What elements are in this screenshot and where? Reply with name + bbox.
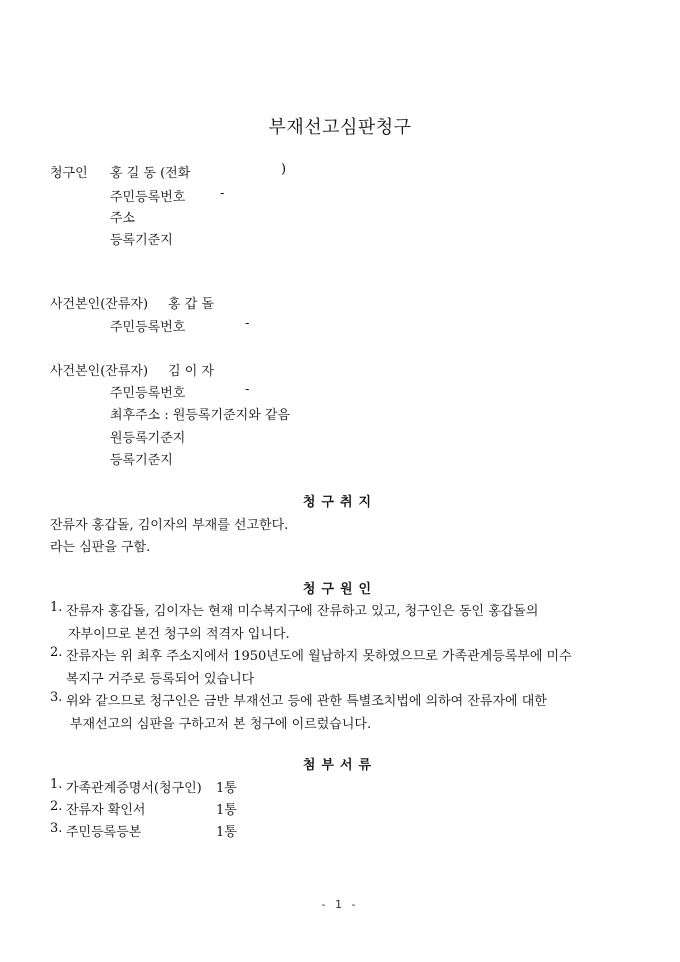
- claimant-phone-close: ): [281, 162, 286, 177]
- claimant-rrn-value: -: [220, 186, 224, 201]
- attachment-1-count: 1통: [216, 777, 237, 796]
- subject-2-rrn-value: -: [245, 382, 249, 397]
- attachment-1-name: 가족관계증명서(청구인): [66, 777, 202, 796]
- attachment-2-number: 2.: [50, 799, 62, 814]
- attachment-3-count: 1통: [216, 821, 237, 840]
- attachment-2-count: 1통: [216, 799, 237, 818]
- subject-1-name: 홍 갑 돌: [168, 293, 214, 312]
- claimant-registry-label: 등록기준지: [110, 229, 173, 248]
- cause-heading: 청구원인: [0, 578, 680, 597]
- attachments-heading: 첨부서류: [0, 754, 680, 773]
- claimant-rrn-label: 주민등록번호: [110, 186, 185, 205]
- cause-item-3-line-1: 위와 같으므로 청구인은 금반 부재선고 등에 관한 특별조치법에 의하여 잔류…: [66, 690, 547, 709]
- attachment-1-number: 1.: [50, 777, 62, 792]
- attachment-3-number: 3.: [50, 821, 62, 836]
- subject-2-name: 김 이 자: [168, 360, 214, 379]
- cause-item-2-line-2: 복지구 거주로 등록되어 있습니다: [66, 668, 254, 687]
- cause-item-1-line-2: 자부이므로 본건 청구의 적격자 입니다.: [68, 623, 290, 642]
- cause-item-3-number: 3.: [50, 690, 62, 705]
- subject-2-rrn-label: 주민등록번호: [110, 382, 185, 401]
- cause-item-2-number: 2.: [50, 645, 62, 660]
- attachment-2-name: 잔류자 확인서: [66, 799, 145, 818]
- purpose-line-2: 라는 심판을 구함.: [50, 536, 150, 555]
- subject-1-rrn-label: 주민등록번호: [110, 316, 185, 335]
- claimant-address-label: 주소: [110, 207, 135, 226]
- cause-item-1-number: 1.: [50, 600, 62, 615]
- page-number: - 1 -: [0, 898, 680, 911]
- purpose-heading: 청구취지: [0, 491, 680, 510]
- cause-item-3-line-2: 부재선고의 심판을 구하고저 본 청구에 이르렀습니다.: [70, 713, 371, 732]
- subject-2-last-address: 최후주소 : 원등록기준지와 같음: [110, 404, 290, 423]
- subject-1-label: 사건본인(잔류자): [50, 293, 148, 312]
- cause-item-1-line-1: 잔류자 홍갑돌, 김이자는 현재 미수복지구에 잔류하고 있고, 청구인은 동인…: [66, 600, 538, 619]
- attachment-3-name: 주민등록등본: [66, 821, 141, 840]
- claimant-name: 홍 길 동 (전화: [110, 162, 190, 181]
- subject-2-label: 사건본인(잔류자): [50, 360, 148, 379]
- document-title: 부재선고심판청구: [0, 113, 680, 139]
- subject-2-original-registry: 원등록기준지: [110, 427, 185, 446]
- purpose-line-1: 잔류자 홍갑돌, 김이자의 부재를 선고한다.: [50, 514, 288, 533]
- claimant-label: 청구인: [50, 162, 88, 181]
- subject-2-registry: 등록기준지: [110, 449, 173, 468]
- subject-1-rrn-value: -: [245, 316, 249, 331]
- cause-item-2-line-1: 잔류자는 위 최후 주소지에서 1950년도에 월남하지 못하였으므로 가족관계…: [66, 645, 572, 664]
